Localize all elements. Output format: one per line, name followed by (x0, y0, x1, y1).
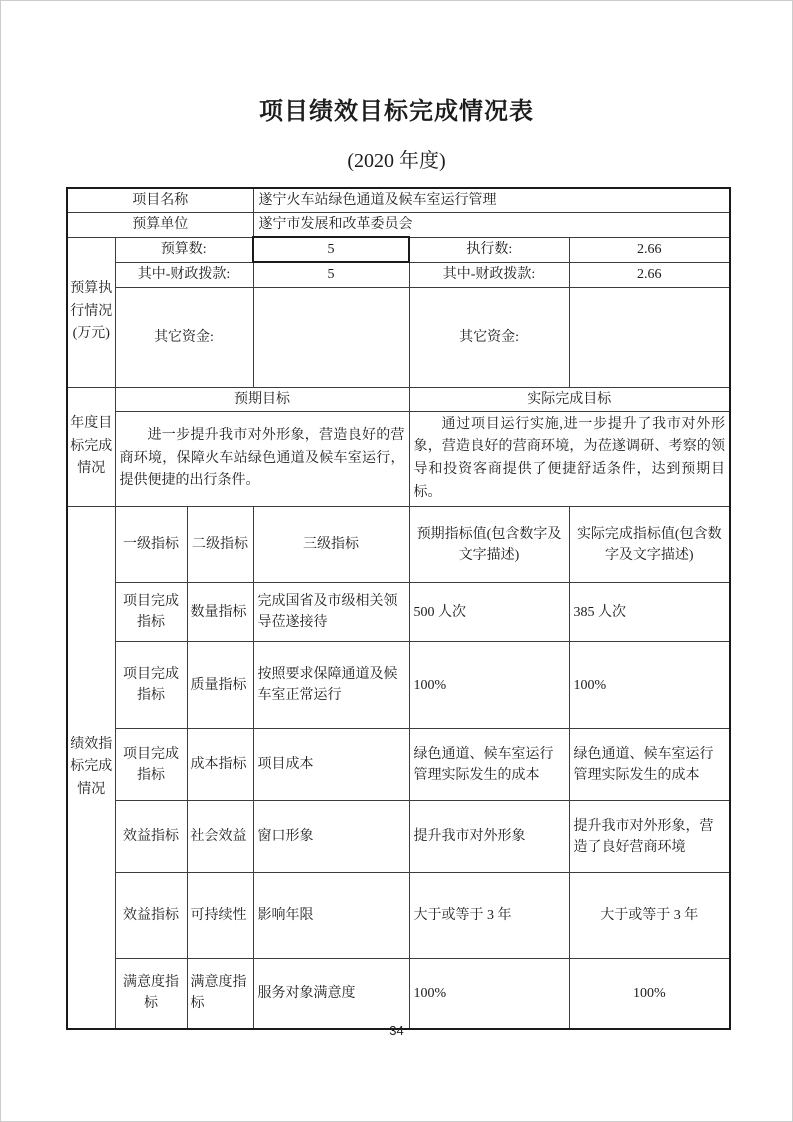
indicator-row: 项目完成指标 数量指标 完成国省及市级相关领导莅遂接待 500 人次 385 人… (67, 583, 730, 642)
indicator-level1: 项目完成指标 (115, 583, 187, 642)
page-number: 34 (1, 1023, 792, 1038)
indicator-row: 项目完成指标 质量指标 按照要求保障通道及候车室正常运行 100% 100% (67, 642, 730, 729)
header-level3: 三级指标 (253, 507, 409, 583)
budget-amount-value: 5 (253, 237, 409, 262)
indicator-level2: 数量指标 (187, 583, 253, 642)
budget-unit-label: 预算单位 (67, 213, 253, 238)
execution-amount-value: 2.66 (569, 237, 730, 262)
table-row: 其中-财政拨款: 5 其中-财政拨款: 2.66 (67, 262, 730, 287)
project-name-label: 项目名称 (67, 188, 253, 213)
table-row: 绩效指标完成情况 一级指标 二级指标 三级指标 预期指标值(包含数字及文字描述)… (67, 507, 730, 583)
document-page: 项目绩效目标完成情况表 (2020 年度) 项目名称 遂宁火车站绿色通道及候车室… (0, 0, 793, 1122)
expected-goal-header: 预期目标 (115, 387, 409, 411)
indicator-level1: 效益指标 (115, 873, 187, 959)
header-level1: 一级指标 (115, 507, 187, 583)
table-row: 预算单位 遂宁市发展和改革委员会 (67, 213, 730, 238)
indicator-actual: 提升我市对外形象，营造了良好营商环境 (569, 801, 730, 873)
indicator-level3: 按照要求保障通道及候车室正常运行 (253, 642, 409, 729)
budget-unit-value: 遂宁市发展和改革委员会 (253, 213, 730, 238)
indicator-level1: 满意度指标 (115, 959, 187, 1029)
header-expected-value: 预期指标值(包含数字及文字描述) (409, 507, 569, 583)
indicator-expected: 绿色通道、候车室运行管理实际发生的成本 (409, 729, 569, 801)
indicator-level2: 社会效益 (187, 801, 253, 873)
table-row: 进一步提升我市对外形象，营造良好的营商环境，保障火车站绿色通道及候车室运行，提供… (67, 411, 730, 507)
section-label-budget-execution: 预算执行情况(万元) (67, 237, 115, 387)
section-label-annual-goal: 年度目标完成情况 (67, 387, 115, 507)
indicator-expected: 提升我市对外形象 (409, 801, 569, 873)
indicator-level1: 项目完成指标 (115, 729, 187, 801)
indicator-level2: 可持续性 (187, 873, 253, 959)
execution-fiscal-value: 2.66 (569, 262, 730, 287)
indicator-expected: 大于或等于 3 年 (409, 873, 569, 959)
budget-other-funds-value (253, 287, 409, 387)
indicator-level3: 服务对象满意度 (253, 959, 409, 1029)
header-level2: 二级指标 (187, 507, 253, 583)
project-name-value: 遂宁火车站绿色通道及候车室运行管理 (253, 188, 730, 213)
indicator-expected: 100% (409, 959, 569, 1029)
table-row: 年度目标完成情况 预期目标 实际完成目标 (67, 387, 730, 411)
table-row: 其它资金: 其它资金: (67, 287, 730, 387)
indicator-expected: 100% (409, 642, 569, 729)
indicator-level3: 窗口形象 (253, 801, 409, 873)
indicator-row: 项目完成指标 成本指标 项目成本 绿色通道、候车室运行管理实际发生的成本 绿色通… (67, 729, 730, 801)
page-subtitle: (2020 年度) (1, 144, 792, 173)
execution-other-funds-value (569, 287, 730, 387)
indicator-level2: 满意度指标 (187, 959, 253, 1029)
indicator-level3: 项目成本 (253, 729, 409, 801)
indicator-actual: 大于或等于 3 年 (569, 873, 730, 959)
header-actual-value: 实际完成指标值(包含数字及文字描述) (569, 507, 730, 583)
indicator-level2: 质量指标 (187, 642, 253, 729)
indicator-actual: 385 人次 (569, 583, 730, 642)
expected-goal-text: 进一步提升我市对外形象，营造良好的营商环境，保障火车站绿色通道及候车室运行，提供… (115, 411, 409, 507)
budget-other-funds-label: 其它资金: (115, 287, 253, 387)
page-title: 项目绩效目标完成情况表 (1, 91, 792, 126)
indicator-level1: 项目完成指标 (115, 642, 187, 729)
indicator-level1: 效益指标 (115, 801, 187, 873)
budget-fiscal-label: 其中-财政拨款: (115, 262, 253, 287)
execution-other-funds-label: 其它资金: (409, 287, 569, 387)
table-row: 预算执行情况(万元) 预算数: 5 执行数: 2.66 (67, 237, 730, 262)
indicator-row: 满意度指标 满意度指标 服务对象满意度 100% 100% (67, 959, 730, 1029)
budget-fiscal-value: 5 (253, 262, 409, 287)
execution-amount-label: 执行数: (409, 237, 569, 262)
indicator-level2: 成本指标 (187, 729, 253, 801)
actual-goal-header: 实际完成目标 (409, 387, 730, 411)
execution-fiscal-label: 其中-财政拨款: (409, 262, 569, 287)
indicator-row: 效益指标 社会效益 窗口形象 提升我市对外形象 提升我市对外形象，营造了良好营商… (67, 801, 730, 873)
indicator-row: 效益指标 可持续性 影响年限 大于或等于 3 年 大于或等于 3 年 (67, 873, 730, 959)
table-row: 项目名称 遂宁火车站绿色通道及候车室运行管理 (67, 188, 730, 213)
actual-goal-text: 通过项目运行实施,进一步提升了我市对外形象，营造良好的营商环境，为莅遂调研、考察… (409, 411, 730, 507)
indicator-expected: 500 人次 (409, 583, 569, 642)
budget-amount-label: 预算数: (115, 237, 253, 262)
indicator-actual: 100% (569, 642, 730, 729)
indicator-actual: 100% (569, 959, 730, 1029)
performance-table: 项目名称 遂宁火车站绿色通道及候车室运行管理 预算单位 遂宁市发展和改革委员会 … (66, 187, 731, 1030)
indicator-actual: 绿色通道、候车室运行管理实际发生的成本 (569, 729, 730, 801)
indicator-level3: 完成国省及市级相关领导莅遂接待 (253, 583, 409, 642)
indicator-level3: 影响年限 (253, 873, 409, 959)
section-label-indicators: 绩效指标完成情况 (67, 507, 115, 1029)
